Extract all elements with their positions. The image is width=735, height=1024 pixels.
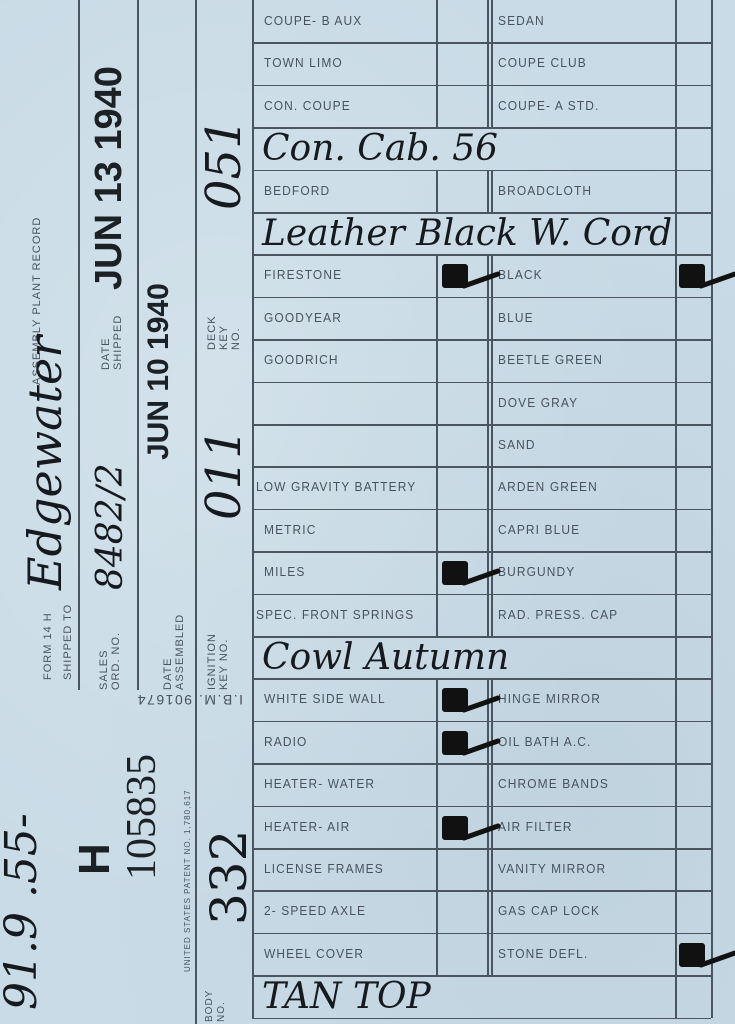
option-label-left: RADIO: [264, 734, 307, 749]
checkbox-right[interactable]: [677, 686, 735, 716]
checkbox-right[interactable]: [677, 8, 735, 38]
checkbox-left[interactable]: [440, 8, 502, 38]
grid-row-rule: [252, 254, 711, 256]
option-label-right: COUPE- A STD.: [498, 98, 599, 113]
option-label-right: BROADCLOTH: [498, 183, 592, 198]
option-label-right: AIR FILTER: [498, 819, 573, 834]
checkbox-right[interactable]: [677, 390, 735, 420]
grid-rule-col-1: [436, 890, 438, 932]
checkbox-left[interactable]: [440, 347, 502, 377]
grid-rule-col-3: [675, 975, 677, 1017]
handwritten-entry: Con. Cab. 56: [262, 129, 498, 169]
option-label-left: TOWN LIMO: [264, 55, 343, 70]
check-mark-icon: [440, 686, 502, 716]
form-number-label: FORM 14 H: [42, 612, 54, 680]
option-label-right: COUPE CLUB: [498, 55, 587, 70]
grid-row-rule: [252, 763, 711, 765]
shipped-to-label: SHIPPED TO: [62, 604, 74, 680]
check-mark-icon: [440, 262, 502, 292]
checkbox-right[interactable]: [677, 305, 735, 335]
sales-ord-value: 8482/2: [90, 463, 131, 590]
option-label-right: BEETLE GREEN: [498, 352, 603, 367]
checkbox-right[interactable]: [677, 93, 735, 123]
grid-rule-col-3: [675, 127, 677, 169]
grid-rule-col-1: [436, 297, 438, 339]
checkbox-right[interactable]: [677, 856, 735, 886]
check-mark-icon: [677, 941, 735, 971]
checkbox-left[interactable]: [440, 602, 502, 632]
serial-prefix: H: [70, 843, 120, 875]
grid-row-rule: [252, 466, 711, 468]
option-label-right: GAS CAP LOCK: [498, 903, 600, 918]
shipped-to-value: Edgewater: [18, 336, 72, 590]
option-label-left: GOODYEAR: [264, 310, 342, 325]
rule-shipped-to: [78, 0, 80, 690]
body-no-label: BODY NO.: [204, 982, 228, 1022]
option-label-left: CON. COUPE: [264, 98, 351, 113]
grid-row-rule: [252, 1018, 711, 1020]
option-label-right: HINGE MIRROR: [498, 691, 601, 706]
option-label-right: SAND: [498, 437, 536, 452]
grid-rule-col-1: [436, 339, 438, 381]
checkbox-left[interactable]: [440, 559, 502, 589]
grid-rule-col-1: [436, 848, 438, 890]
checkbox-right[interactable]: [677, 559, 735, 589]
serial-number: 105835: [118, 754, 166, 880]
handwritten-entry: TAN TOP: [262, 977, 431, 1017]
grid-rule-col-1: [436, 806, 438, 848]
option-label-right: CHROME BANDS: [498, 776, 609, 791]
option-label-right: STONE DEFL.: [498, 946, 588, 961]
checkbox-right[interactable]: [677, 50, 735, 80]
option-label-left: WHITE SIDE WALL: [264, 691, 386, 706]
checkbox-left[interactable]: [440, 432, 502, 462]
grid-row-rule: [252, 170, 711, 172]
checkbox-left[interactable]: [440, 178, 502, 208]
checkbox-left[interactable]: [440, 771, 502, 801]
option-label-right: DOVE GRAY: [498, 395, 578, 410]
checkbox-left[interactable]: [440, 474, 502, 504]
grid-row-rule: [252, 594, 711, 596]
date-shipped-label: DATE SHIPPED: [100, 315, 124, 370]
option-label-right: BLUE: [498, 310, 534, 325]
patent-text: UNITED STATES PATENT NO. 1,780,617: [182, 789, 194, 972]
option-label-left: HEATER- WATER: [264, 776, 375, 791]
ibm-number: I.B.M. 901674: [136, 694, 243, 706]
checkbox-left[interactable]: [440, 517, 502, 547]
checkbox-right[interactable]: [677, 432, 735, 462]
checkbox-right[interactable]: [677, 474, 735, 504]
checkbox-right[interactable]: [677, 602, 735, 632]
grid-rule-col-1: [436, 424, 438, 466]
checkbox-right[interactable]: [677, 262, 735, 292]
grid-row-rule: [252, 890, 711, 892]
grid-row-rule: [252, 339, 711, 341]
grid-rule-col-1: [436, 254, 438, 296]
grid-row-rule: [252, 424, 711, 426]
option-label-left: LICENSE FRAMES: [264, 861, 384, 876]
handwritten-note: 91.9 .55-: [0, 813, 47, 1010]
grid-row-rule: [252, 42, 711, 44]
ignition-key-label: IGNITION KEY NO.: [206, 610, 230, 690]
body-no-value: 332: [200, 830, 258, 925]
option-label-left: COUPE- B AUX: [264, 13, 362, 28]
option-label-left: GOODRICH: [264, 352, 339, 367]
checkbox-left[interactable]: [440, 898, 502, 928]
checkbox-left[interactable]: [440, 941, 502, 971]
grid-row-rule: [252, 382, 711, 384]
assembly-plant-record-card: ASSEMBLY PLANT RECORD FORM 14 H SHIPPED …: [0, 0, 735, 1024]
deck-key-value: 051: [196, 118, 252, 210]
option-label-right: RAD. PRESS. CAP: [498, 607, 618, 622]
checkbox-right[interactable]: [677, 771, 735, 801]
check-mark-icon: [440, 559, 502, 589]
check-mark-icon: [440, 814, 502, 844]
rule-sales-ord: [137, 0, 139, 690]
checkbox-right[interactable]: [677, 898, 735, 928]
grid-rule-col-1: [436, 594, 438, 636]
grid-rule-col-1: [436, 551, 438, 593]
check-mark-icon: [440, 729, 502, 759]
grid-row-rule: [252, 509, 711, 511]
grid-rule-col-1: [436, 763, 438, 805]
checkbox-left[interactable]: [440, 305, 502, 335]
checkbox-right[interactable]: [677, 517, 735, 547]
option-label-right: ARDEN GREEN: [498, 479, 598, 494]
checkbox-right[interactable]: [677, 178, 735, 208]
option-label-right: BLACK: [498, 267, 543, 282]
checkbox-right[interactable]: [677, 347, 735, 377]
checkbox-left[interactable]: [440, 814, 502, 844]
checkbox-left[interactable]: [440, 729, 502, 759]
grid-row-rule: [252, 721, 711, 723]
option-label-left: METRIC: [264, 522, 316, 537]
checkbox-left[interactable]: [440, 262, 502, 292]
checkbox-left[interactable]: [440, 50, 502, 80]
option-label-right: OIL BATH A.C.: [498, 734, 591, 749]
option-label-left: SPEC. FRONT SPRINGS: [256, 607, 414, 622]
grid-rule-col-1: [436, 721, 438, 763]
option-label-right: BURGUNDY: [498, 564, 575, 579]
option-label-left: WHEEL COVER: [264, 946, 364, 961]
grid-row-rule: [252, 806, 711, 808]
grid-row-rule: [252, 85, 711, 87]
handwritten-entry: Cowl Autumn: [262, 638, 509, 678]
checkbox-right[interactable]: [677, 941, 735, 971]
check-mark-icon: [677, 262, 735, 292]
grid-rule-col-1: [436, 509, 438, 551]
grid-rule-col-1: [436, 382, 438, 424]
option-label-left: BEDFORD: [264, 183, 330, 198]
grid-row-rule: [252, 551, 711, 553]
grid-row-rule: [252, 848, 711, 850]
checkbox-left[interactable]: [440, 390, 502, 420]
grid-rule-col-1: [436, 170, 438, 212]
grid-row-rule: [252, 678, 711, 680]
option-label-left: FIRESTONE: [264, 267, 342, 282]
option-label-left: LOW GRAVITY BATTERY: [256, 479, 416, 494]
option-label-right: CAPRI BLUE: [498, 522, 580, 537]
handwritten-entry: Leather Black W. Cord: [262, 214, 672, 254]
option-label-left: HEATER- AIR: [264, 819, 350, 834]
grid-rule-col-1: [436, 933, 438, 975]
date-assembled-label: DATE ASSEMBLED: [162, 590, 186, 690]
sales-ord-label: SALES ORD. NO.: [98, 630, 122, 690]
grid-rule-col-1: [436, 678, 438, 720]
grid-rule-col-1: [436, 42, 438, 84]
option-label-right: SEDAN: [498, 13, 545, 28]
date-assembled-value: JUN 10 1940: [142, 283, 176, 460]
grid-rule-col-1: [436, 85, 438, 127]
grid-rule-col-1: [436, 0, 438, 42]
checkbox-left[interactable]: [440, 93, 502, 123]
ignition-key-value: 011: [196, 428, 252, 520]
checkbox-right[interactable]: [677, 729, 735, 759]
checkbox-left[interactable]: [440, 856, 502, 886]
date-shipped-value: JUN 13 1940: [88, 66, 131, 290]
grid-rule-col-3: [675, 636, 677, 678]
option-label-left: MILES: [264, 564, 305, 579]
checkbox-left[interactable]: [440, 686, 502, 716]
option-label-left: 2- SPEED AXLE: [264, 903, 366, 918]
checkbox-right[interactable]: [677, 814, 735, 844]
grid-row-rule: [252, 933, 711, 935]
grid-rule-col-1: [436, 466, 438, 508]
deck-key-label: DECK KEY NO.: [206, 300, 242, 350]
option-label-right: VANITY MIRROR: [498, 861, 606, 876]
grid-row-rule: [252, 297, 711, 299]
grid-rule-col-3: [675, 212, 677, 254]
